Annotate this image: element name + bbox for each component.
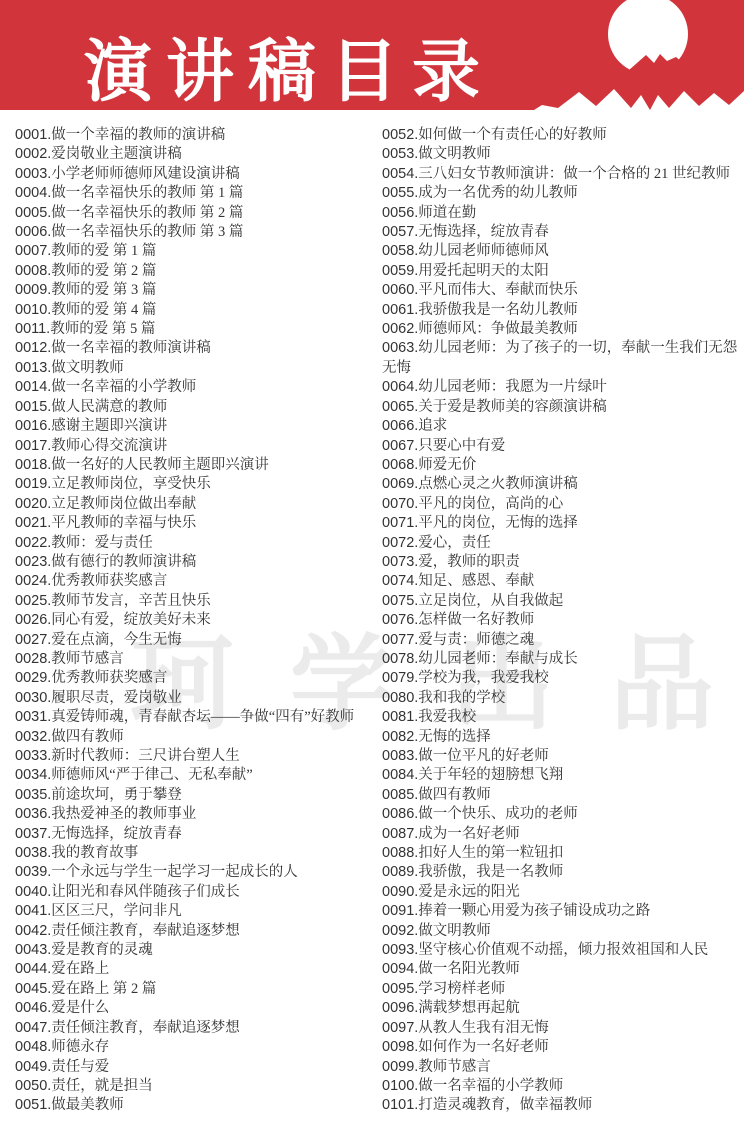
- entry-title: 教师的爱 第 1 篇: [51, 243, 156, 259]
- entry-number: 0076.: [382, 612, 418, 628]
- entry-title: 爱在点滴，今生无悔: [51, 632, 182, 648]
- entry-number: 0021.: [15, 515, 51, 531]
- toc-entry: 0025.教师节发言，辛苦且快乐: [15, 592, 371, 611]
- toc-entry: 0059.用爱托起明天的太阳: [382, 262, 738, 281]
- toc-entry: 0097.从教人生我有泪无悔: [382, 1019, 738, 1038]
- entry-number: 0060.: [382, 282, 418, 298]
- toc-entry: 0023.做有德行的教师演讲稿: [15, 553, 371, 572]
- entry-number: 0069.: [382, 476, 418, 492]
- entry-number: 0080.: [382, 690, 418, 706]
- entry-title: 做文明教师: [51, 360, 124, 376]
- entry-title: 捧着一颗心用爱为孩子铺设成功之路: [418, 903, 650, 919]
- entry-number: 0066.: [382, 418, 418, 434]
- entry-title: 用爱托起明天的太阳: [418, 263, 549, 279]
- entry-title: 爱在路上 第 2 篇: [51, 981, 156, 997]
- entry-number: 0094.: [382, 961, 418, 977]
- entry-number: 0026.: [15, 612, 51, 628]
- entry-number: 0039.: [15, 864, 51, 880]
- entry-title: 做一名幸福快乐的教师 第 3 篇: [51, 224, 243, 240]
- entry-number: 0085.: [382, 787, 418, 803]
- toc-entry: 0101.打造灵魂教育，做幸福教师: [382, 1096, 738, 1115]
- entry-title: 责任倾注教育，奉献追逐梦想: [51, 923, 240, 939]
- entry-title: 爱是教育的灵魂: [51, 942, 153, 958]
- toc-entry: 0007.教师的爱 第 1 篇: [15, 242, 371, 261]
- entry-number: 0023.: [15, 554, 51, 570]
- entry-number: 0070.: [382, 496, 418, 512]
- entry-title: 做一个快乐、成功的老师: [418, 806, 578, 822]
- toc-entry: 0022.教师：爱与责任: [15, 534, 371, 553]
- toc-entry: 0082.无悔的选择: [382, 728, 738, 747]
- entry-number: 0089.: [382, 864, 418, 880]
- entry-number: 0018.: [15, 457, 51, 473]
- entry-title: 爱与责：师德之魂: [418, 632, 534, 648]
- toc-entry: 0021.平凡教师的幸福与快乐: [15, 514, 371, 533]
- entry-number: 0008.: [15, 263, 51, 279]
- entry-title: 做一位平凡的好老师: [418, 748, 549, 764]
- toc-entry: 0042.责任倾注教育，奉献追逐梦想: [15, 922, 371, 941]
- toc-entry: 0067.只要心中有爱: [382, 437, 738, 456]
- toc-entry: 0035.前途坎坷，勇于攀登: [15, 786, 371, 805]
- entry-title: 做最美教师: [51, 1097, 124, 1113]
- entry-title: 三八妇女节教师演讲：做一个合格的 21 世纪教师: [418, 166, 730, 182]
- entry-number: 0078.: [382, 651, 418, 667]
- toc-entry: 0013.做文明教师: [15, 359, 371, 378]
- toc-entry: 0016.感谢主题即兴演讲: [15, 417, 371, 436]
- entry-number: 0077.: [382, 632, 418, 648]
- toc-entry: 0012.做一名幸福的教师演讲稿: [15, 339, 371, 358]
- entry-title: 优秀教师获奖感言: [51, 573, 167, 589]
- toc-entry: 0004.做一名幸福快乐的教师 第 1 篇: [15, 184, 371, 203]
- entry-number: 0052.: [382, 127, 418, 143]
- entry-title: 我骄傲，我是一名教师: [418, 864, 563, 880]
- entry-number: 0049.: [15, 1059, 51, 1075]
- toc-entry: 0041.区区三尺，学问非凡: [15, 902, 371, 921]
- entry-title: 追求: [418, 418, 447, 434]
- toc-entry: 0071.平凡的岗位，无悔的选择: [382, 514, 738, 533]
- toc-entry: 0063.幼儿园老师：为了孩子的一切，奉献一生我们无怨无悔: [382, 339, 738, 378]
- entry-number: 0025.: [15, 593, 51, 609]
- entry-number: 0013.: [15, 360, 51, 376]
- toc-entry: 0073.爱，教师的职责: [382, 553, 738, 572]
- entry-title: 感谢主题即兴演讲: [51, 418, 167, 434]
- entry-number: 0045.: [15, 981, 51, 997]
- toc-entry: 0099.教师节感言: [382, 1058, 738, 1077]
- toc-entry: 0017.教师心得交流演讲: [15, 437, 371, 456]
- toc-column-right: 0052.如何做一个有责任心的好教师0053.做文明教师0054.三八妇女节教师…: [382, 126, 738, 1116]
- entry-title: 点燃心灵之火教师演讲稿: [418, 476, 578, 492]
- toc-entry: 0054.三八妇女节教师演讲：做一个合格的 21 世纪教师: [382, 165, 738, 184]
- entry-title: 无悔选择，绽放青春: [418, 224, 549, 240]
- entry-title: 爱心，责任: [418, 535, 491, 551]
- toc-entry: 0024.优秀教师获奖感言: [15, 572, 371, 591]
- entry-title: 一个永远与学生一起学习一起成长的人: [51, 864, 298, 880]
- entry-number: 0101.: [382, 1097, 418, 1113]
- toc-entry: 0053.做文明教师: [382, 145, 738, 164]
- toc-entry: 0034.师德师风“严于律己、无私奉献”: [15, 766, 371, 785]
- toc-entry: 0065.关于爱是教师美的容颜演讲稿: [382, 398, 738, 417]
- entry-title: 无悔选择，绽放青春: [51, 826, 182, 842]
- toc-entry: 0085.做四有教师: [382, 786, 738, 805]
- toc-entry: 0069.点燃心灵之火教师演讲稿: [382, 475, 738, 494]
- mountain-sun-icon: [534, 0, 744, 110]
- toc-entry: 0036.我热爱神圣的教师事业: [15, 805, 371, 824]
- toc-entry: 0037.无悔选择，绽放青春: [15, 825, 371, 844]
- toc-entry: 0064.幼儿园老师：我愿为一片绿叶: [382, 378, 738, 397]
- entry-number: 0016.: [15, 418, 51, 434]
- toc-entry: 0029.优秀教师获奖感言: [15, 669, 371, 688]
- entry-title: 做一名幸福快乐的教师 第 1 篇: [51, 185, 243, 201]
- toc-entry: 0003.小学老师师德师风建设演讲稿: [15, 165, 371, 184]
- entry-title: 幼儿园老师师德师风: [418, 243, 549, 259]
- toc-entry: 0052.如何做一个有责任心的好教师: [382, 126, 738, 145]
- toc-entry: 0055.成为一名优秀的幼儿教师: [382, 184, 738, 203]
- toc-entry: 0051.做最美教师: [15, 1096, 371, 1115]
- toc-entry: 0068.师爱无价: [382, 456, 738, 475]
- entry-number: 0096.: [382, 1000, 418, 1016]
- entry-number: 0059.: [382, 263, 418, 279]
- entry-title: 平凡而伟大、奉献而快乐: [418, 282, 578, 298]
- toc-entry: 0015.做人民满意的教师: [15, 398, 371, 417]
- entry-number: 0082.: [382, 729, 418, 745]
- entry-number: 0081.: [382, 709, 418, 725]
- entry-title: 教师的爱 第 5 篇: [50, 321, 155, 337]
- toc-entry: 0088.扣好人生的第一粒钮扣: [382, 844, 738, 863]
- toc-entry: 0009.教师的爱 第 3 篇: [15, 281, 371, 300]
- entry-number: 0050.: [15, 1078, 51, 1094]
- entry-title: 教师节发言，辛苦且快乐: [51, 593, 211, 609]
- toc-container: 0001.做一个幸福的教师的演讲稿0002.爱岗敬业主题演讲稿0003.小学老师…: [15, 126, 738, 1116]
- header-banner: 演讲稿目录: [0, 0, 744, 110]
- toc-entry: 0087.成为一名好老师: [382, 825, 738, 844]
- entry-number: 0044.: [15, 961, 51, 977]
- entry-title: 新时代教师：三尺讲台塑人生: [51, 748, 240, 764]
- toc-entry: 0086.做一个快乐、成功的老师: [382, 805, 738, 824]
- entry-number: 0007.: [15, 243, 51, 259]
- entry-number: 0099.: [382, 1059, 418, 1075]
- entry-title: 师道在勤: [418, 205, 476, 221]
- entry-title: 爱在路上: [51, 961, 109, 977]
- entry-title: 爱，教师的职责: [418, 554, 520, 570]
- entry-title: 同心有爱，绽放美好未来: [51, 612, 211, 628]
- entry-number: 0024.: [15, 573, 51, 589]
- entry-number: 0093.: [382, 942, 418, 958]
- toc-entry: 0081.我爱我校: [382, 708, 738, 727]
- entry-number: 0009.: [15, 282, 51, 298]
- toc-entry: 0039.一个永远与学生一起学习一起成长的人: [15, 863, 371, 882]
- toc-entry: 0076.怎样做一名好教师: [382, 611, 738, 630]
- entry-number: 0012.: [15, 340, 51, 356]
- toc-entry: 0084.关于年轻的翅膀想飞翔: [382, 766, 738, 785]
- entry-number: 0017.: [15, 438, 51, 454]
- entry-number: 0095.: [382, 981, 418, 997]
- entry-title: 做四有教师: [51, 729, 124, 745]
- entry-title: 关于年轻的翅膀想飞翔: [418, 767, 563, 783]
- entry-title: 做一名幸福的小学教师: [418, 1078, 563, 1094]
- entry-title: 做一名幸福的小学教师: [51, 379, 196, 395]
- entry-title: 教师：爱与责任: [51, 535, 153, 551]
- entry-title: 小学老师师德师风建设演讲稿: [51, 166, 240, 182]
- entry-number: 0043.: [15, 942, 51, 958]
- toc-entry: 0090.爱是永远的阳光: [382, 883, 738, 902]
- entry-number: 0071.: [382, 515, 418, 531]
- entry-title: 幼儿园老师：为了孩子的一切，奉献一生我们无怨无悔: [382, 340, 737, 375]
- entry-number: 0042.: [15, 923, 51, 939]
- entry-title: 我爱我校: [418, 709, 476, 725]
- entry-number: 0087.: [382, 826, 418, 842]
- entry-number: 0058.: [382, 243, 418, 259]
- toc-entry: 0078.幼儿园老师：奉献与成长: [382, 650, 738, 669]
- toc-entry: 0083.做一位平凡的好老师: [382, 747, 738, 766]
- entry-title: 做人民满意的教师: [51, 399, 167, 415]
- entry-title: 爱是永远的阳光: [418, 884, 520, 900]
- entry-number: 0062.: [382, 321, 418, 337]
- entry-number: 0074.: [382, 573, 418, 589]
- toc-entry: 0094.做一名阳光教师: [382, 960, 738, 979]
- toc-entry: 0040.让阳光和春风伴随孩子们成长: [15, 883, 371, 902]
- entry-number: 0005.: [15, 205, 51, 221]
- entry-number: 0031.: [15, 709, 51, 725]
- entry-title: 立足岗位，从自我做起: [418, 593, 563, 609]
- entry-title: 教师节感言: [418, 1059, 491, 1075]
- entry-number: 0037.: [15, 826, 51, 842]
- entry-number: 0029.: [15, 670, 51, 686]
- entry-number: 0032.: [15, 729, 51, 745]
- entry-title: 无悔的选择: [418, 729, 491, 745]
- entry-number: 0057.: [382, 224, 418, 240]
- entry-number: 0014.: [15, 379, 51, 395]
- entry-number: 0010.: [15, 302, 51, 318]
- entry-number: 0022.: [15, 535, 51, 551]
- entry-title: 教师节感言: [51, 651, 124, 667]
- entry-title: 教师的爱 第 3 篇: [51, 282, 156, 298]
- entry-title: 我骄傲我是一名幼儿教师: [418, 302, 578, 318]
- entry-number: 0067.: [382, 438, 418, 454]
- entry-number: 0068.: [382, 457, 418, 473]
- entry-number: 0098.: [382, 1039, 418, 1055]
- entry-number: 0061.: [382, 302, 418, 318]
- entry-title: 扣好人生的第一粒钮扣: [418, 845, 563, 861]
- toc-entry: 0008.教师的爱 第 2 篇: [15, 262, 371, 281]
- toc-entry: 0020.立足教师岗位做出奉献: [15, 495, 371, 514]
- entry-number: 0065.: [382, 399, 418, 415]
- entry-title: 师爱无价: [418, 457, 476, 473]
- toc-entry: 0033.新时代教师：三尺讲台塑人生: [15, 747, 371, 766]
- entry-title: 师德永存: [51, 1039, 109, 1055]
- toc-entry: 0027.爱在点滴，今生无悔: [15, 631, 371, 650]
- entry-title: 怎样做一名好教师: [418, 612, 534, 628]
- toc-entry: 0096.满载梦想再起航: [382, 999, 738, 1018]
- toc-entry: 0044.爱在路上: [15, 960, 371, 979]
- entry-number: 0073.: [382, 554, 418, 570]
- entry-number: 0091.: [382, 903, 418, 919]
- entry-title: 责任，就是担当: [51, 1078, 153, 1094]
- entry-number: 0092.: [382, 923, 418, 939]
- toc-entry: 0092.做文明教师: [382, 922, 738, 941]
- entry-title: 我热爱神圣的教师事业: [51, 806, 196, 822]
- entry-number: 0083.: [382, 748, 418, 764]
- entry-number: 0015.: [15, 399, 51, 415]
- entry-number: 0097.: [382, 1020, 418, 1036]
- toc-entry: 0038.我的教育故事: [15, 844, 371, 863]
- entry-title: 我的教育故事: [51, 845, 138, 861]
- entry-number: 0055.: [382, 185, 418, 201]
- entry-title: 教师心得交流演讲: [51, 438, 167, 454]
- toc-entry: 0074.知足、感恩、奉献: [382, 572, 738, 591]
- entry-title: 做有德行的教师演讲稿: [51, 554, 196, 570]
- entry-number: 0079.: [382, 670, 418, 686]
- toc-entry: 0014.做一名幸福的小学教师: [15, 378, 371, 397]
- toc-entry: 0072.爱心，责任: [382, 534, 738, 553]
- toc-entry: 0098.如何作为一名好老师: [382, 1038, 738, 1057]
- toc-entry: 0095.学习榜样老师: [382, 980, 738, 999]
- entry-number: 0038.: [15, 845, 51, 861]
- entry-number: 0100.: [382, 1078, 418, 1094]
- entry-title: 做一个幸福的教师的演讲稿: [51, 127, 225, 143]
- toc-entry: 0047.责任倾注教育，奉献追逐梦想: [15, 1019, 371, 1038]
- toc-entry: 0070.平凡的岗位，高尚的心: [382, 495, 738, 514]
- toc-column-left: 0001.做一个幸福的教师的演讲稿0002.爱岗敬业主题演讲稿0003.小学老师…: [15, 126, 371, 1116]
- toc-entry: 0061.我骄傲我是一名幼儿教师: [382, 301, 738, 320]
- entry-title: 从教人生我有泪无悔: [418, 1020, 549, 1036]
- entry-number: 0051.: [15, 1097, 51, 1113]
- toc-entry: 0058.幼儿园老师师德师风: [382, 242, 738, 261]
- toc-entry: 0048.师德永存: [15, 1038, 371, 1057]
- entry-title: 做四有教师: [418, 787, 491, 803]
- entry-number: 0090.: [382, 884, 418, 900]
- entry-number: 0028.: [15, 651, 51, 667]
- entry-title: 幼儿园老师：奉献与成长: [418, 651, 578, 667]
- entry-title: 教师的爱 第 4 篇: [51, 302, 156, 318]
- entry-number: 0019.: [15, 476, 51, 492]
- toc-entry: 0100.做一名幸福的小学教师: [382, 1077, 738, 1096]
- entry-title: 做一名阳光教师: [418, 961, 520, 977]
- entry-number: 0003.: [15, 166, 51, 182]
- entry-number: 0056.: [382, 205, 418, 221]
- entry-number: 0004.: [15, 185, 51, 201]
- entry-number: 0086.: [382, 806, 418, 822]
- entry-number: 0035.: [15, 787, 51, 803]
- entry-title: 师德师风“严于律己、无私奉献”: [51, 767, 252, 783]
- toc-entry: 0046.爱是什么: [15, 999, 371, 1018]
- entry-number: 0072.: [382, 535, 418, 551]
- entry-number: 0048.: [15, 1039, 51, 1055]
- entry-number: 0041.: [15, 903, 51, 919]
- entry-title: 做文明教师: [418, 146, 491, 162]
- entry-title: 打造灵魂教育，做幸福教师: [418, 1097, 592, 1113]
- toc-entry: 0091.捧着一颗心用爱为孩子铺设成功之路: [382, 902, 738, 921]
- entry-number: 0047.: [15, 1020, 51, 1036]
- entry-number: 0036.: [15, 806, 51, 822]
- entry-number: 0084.: [382, 767, 418, 783]
- entry-title: 责任倾注教育，奉献追逐梦想: [51, 1020, 240, 1036]
- entry-title: 履职尽责，爱岗敬业: [51, 690, 182, 706]
- entry-number: 0030.: [15, 690, 51, 706]
- toc-entry: 0062.师德师风：争做最美教师: [382, 320, 738, 339]
- toc-entry: 0089.我骄傲，我是一名教师: [382, 863, 738, 882]
- toc-entry: 0005.做一名幸福快乐的教师 第 2 篇: [15, 204, 371, 223]
- toc-entry: 0057.无悔选择，绽放青春: [382, 223, 738, 242]
- entry-title: 师德师风：争做最美教师: [418, 321, 578, 337]
- entry-title: 知足、感恩、奉献: [418, 573, 534, 589]
- entry-title: 如何作为一名好老师: [418, 1039, 549, 1055]
- toc-entry: 0026.同心有爱，绽放美好未来: [15, 611, 371, 630]
- entry-title: 做一名幸福的教师演讲稿: [51, 340, 211, 356]
- entry-number: 0046.: [15, 1000, 51, 1016]
- toc-entry: 0028.教师节感言: [15, 650, 371, 669]
- entry-title: 成为一名优秀的幼儿教师: [418, 185, 578, 201]
- toc-entry: 0006.做一名幸福快乐的教师 第 3 篇: [15, 223, 371, 242]
- entry-number: 0020.: [15, 496, 51, 512]
- toc-entry: 0001.做一个幸福的教师的演讲稿: [15, 126, 371, 145]
- entry-number: 0075.: [382, 593, 418, 609]
- entry-title: 教师的爱 第 2 篇: [51, 263, 156, 279]
- toc-entry: 0075.立足岗位，从自我做起: [382, 592, 738, 611]
- entry-title: 立足教师岗位做出奉献: [51, 496, 196, 512]
- toc-entry: 0032.做四有教师: [15, 728, 371, 747]
- entry-title: 优秀教师获奖感言: [51, 670, 167, 686]
- entry-title: 做文明教师: [418, 923, 491, 939]
- toc-entry: 0066.追求: [382, 417, 738, 436]
- toc-entry: 0060.平凡而伟大、奉献而快乐: [382, 281, 738, 300]
- entry-title: 立足教师岗位，享受快乐: [51, 476, 211, 492]
- entry-title: 做一名幸福快乐的教师 第 2 篇: [51, 205, 243, 221]
- entry-number: 0034.: [15, 767, 51, 783]
- entry-title: 只要心中有爱: [418, 438, 505, 454]
- toc-entry: 0056.师道在勤: [382, 204, 738, 223]
- entry-number: 0027.: [15, 632, 51, 648]
- entry-title: 我和我的学校: [418, 690, 505, 706]
- entry-title: 平凡教师的幸福与快乐: [51, 515, 196, 531]
- entry-number: 0001.: [15, 127, 51, 143]
- toc-entry: 0043.爱是教育的灵魂: [15, 941, 371, 960]
- entry-number: 0054.: [382, 166, 418, 182]
- toc-entry: 0011.教师的爱 第 5 篇: [15, 320, 371, 339]
- toc-entry: 0045.爱在路上 第 2 篇: [15, 980, 371, 999]
- toc-entry: 0093.坚守核心价值观不动摇，倾力报效祖国和人民: [382, 941, 738, 960]
- entry-title: 平凡的岗位，无悔的选择: [418, 515, 578, 531]
- toc-entry: 0077.爱与责：师德之魂: [382, 631, 738, 650]
- toc-entry: 0019.立足教师岗位，享受快乐: [15, 475, 371, 494]
- entry-number: 0053.: [382, 146, 418, 162]
- entry-title: 爱是什么: [51, 1000, 109, 1016]
- entry-number: 0002.: [15, 146, 51, 162]
- entry-title: 让阳光和春风伴随孩子们成长: [51, 884, 240, 900]
- entry-title: 成为一名好老师: [418, 826, 520, 842]
- entry-number: 0064.: [382, 379, 418, 395]
- entry-title: 平凡的岗位，高尚的心: [418, 496, 563, 512]
- toc-entry: 0018.做一名好的人民教师主题即兴演讲: [15, 456, 371, 475]
- entry-title: 做一名好的人民教师主题即兴演讲: [51, 457, 269, 473]
- toc-entry: 0079.学校为我，我爱我校: [382, 669, 738, 688]
- entry-title: 前途坎坷，勇于攀登: [51, 787, 182, 803]
- toc-entry: 0080.我和我的学校: [382, 689, 738, 708]
- toc-entry: 0002.爱岗敬业主题演讲稿: [15, 145, 371, 164]
- entry-title: 满载梦想再起航: [418, 1000, 520, 1016]
- toc-entry: 0030.履职尽责，爱岗敬业: [15, 689, 371, 708]
- toc-entry: 0050.责任，就是担当: [15, 1077, 371, 1096]
- entry-title: 区区三尺，学问非凡: [51, 903, 182, 919]
- entry-title: 责任与爱: [51, 1059, 109, 1075]
- page-title: 演讲稿目录: [84, 18, 494, 115]
- entry-number: 0040.: [15, 884, 51, 900]
- entry-number: 0033.: [15, 748, 51, 764]
- entry-title: 关于爱是教师美的容颜演讲稿: [418, 399, 607, 415]
- toc-entry: 0010.教师的爱 第 4 篇: [15, 301, 371, 320]
- entry-number: 0011.: [15, 321, 50, 337]
- entry-number: 0063.: [382, 340, 418, 356]
- toc-entry: 0049.责任与爱: [15, 1058, 371, 1077]
- entry-title: 真爱铸师魂，青春献杏坛——争做“四有”好教师: [51, 709, 354, 725]
